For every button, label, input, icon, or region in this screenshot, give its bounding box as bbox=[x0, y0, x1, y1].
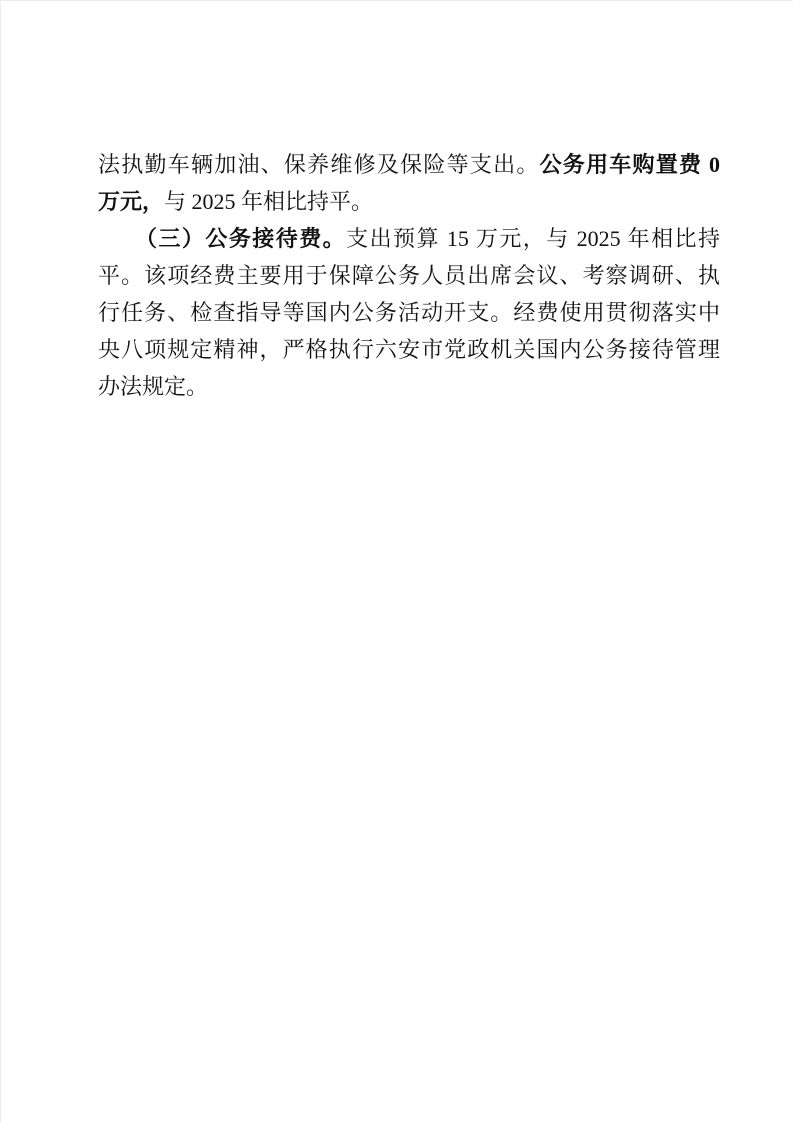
body-text-segment: 与 2025 年相比持平。 bbox=[164, 189, 373, 214]
text-line-7: 办法规定。 bbox=[98, 368, 720, 405]
body-text-segment: 办法规定。 bbox=[98, 374, 208, 399]
text-line-1: 法执勤车辆加油、保养维修及保险等支出。公务用车购置费 0 bbox=[98, 146, 720, 183]
body-text-segment: 平。该项经费主要用于保障公务人员出席会议、考察调研、执 bbox=[98, 263, 720, 288]
text-line-2: 万元，与 2025 年相比持平。 bbox=[98, 183, 720, 220]
section-heading-segment: （三）公务接待费。 bbox=[135, 226, 346, 251]
bold-text-segment: 公务用车购置费 0 bbox=[540, 152, 720, 177]
text-line-4: 平。该项经费主要用于保障公务人员出席会议、考察调研、执 bbox=[98, 257, 720, 294]
bold-text-segment: 万元， bbox=[98, 189, 164, 214]
body-text-segment: 央八项规定精神，严格执行六安市党政机关国内公务接待管理 bbox=[98, 337, 720, 362]
text-line-6: 央八项规定精神，严格执行六安市党政机关国内公务接待管理 bbox=[98, 331, 720, 368]
body-text-segment: 法执勤车辆加油、保养维修及保险等支出。 bbox=[98, 152, 540, 177]
document-page: 法执勤车辆加油、保养维修及保险等支出。公务用车购置费 0 万元，与 2025 年… bbox=[0, 0, 793, 1122]
text-line-5: 行任务、检查指导等国内公务活动开支。经费使用贯彻落实中 bbox=[98, 294, 720, 331]
document-text-block: 法执勤车辆加油、保养维修及保险等支出。公务用车购置费 0 万元，与 2025 年… bbox=[98, 146, 720, 405]
body-text-segment: 支出预算 15 万元，与 2025 年相比持 bbox=[346, 226, 720, 251]
text-line-3: （三）公务接待费。支出预算 15 万元，与 2025 年相比持 bbox=[98, 220, 720, 257]
body-text-segment: 行任务、检查指导等国内公务活动开支。经费使用贯彻落实中 bbox=[98, 300, 720, 325]
